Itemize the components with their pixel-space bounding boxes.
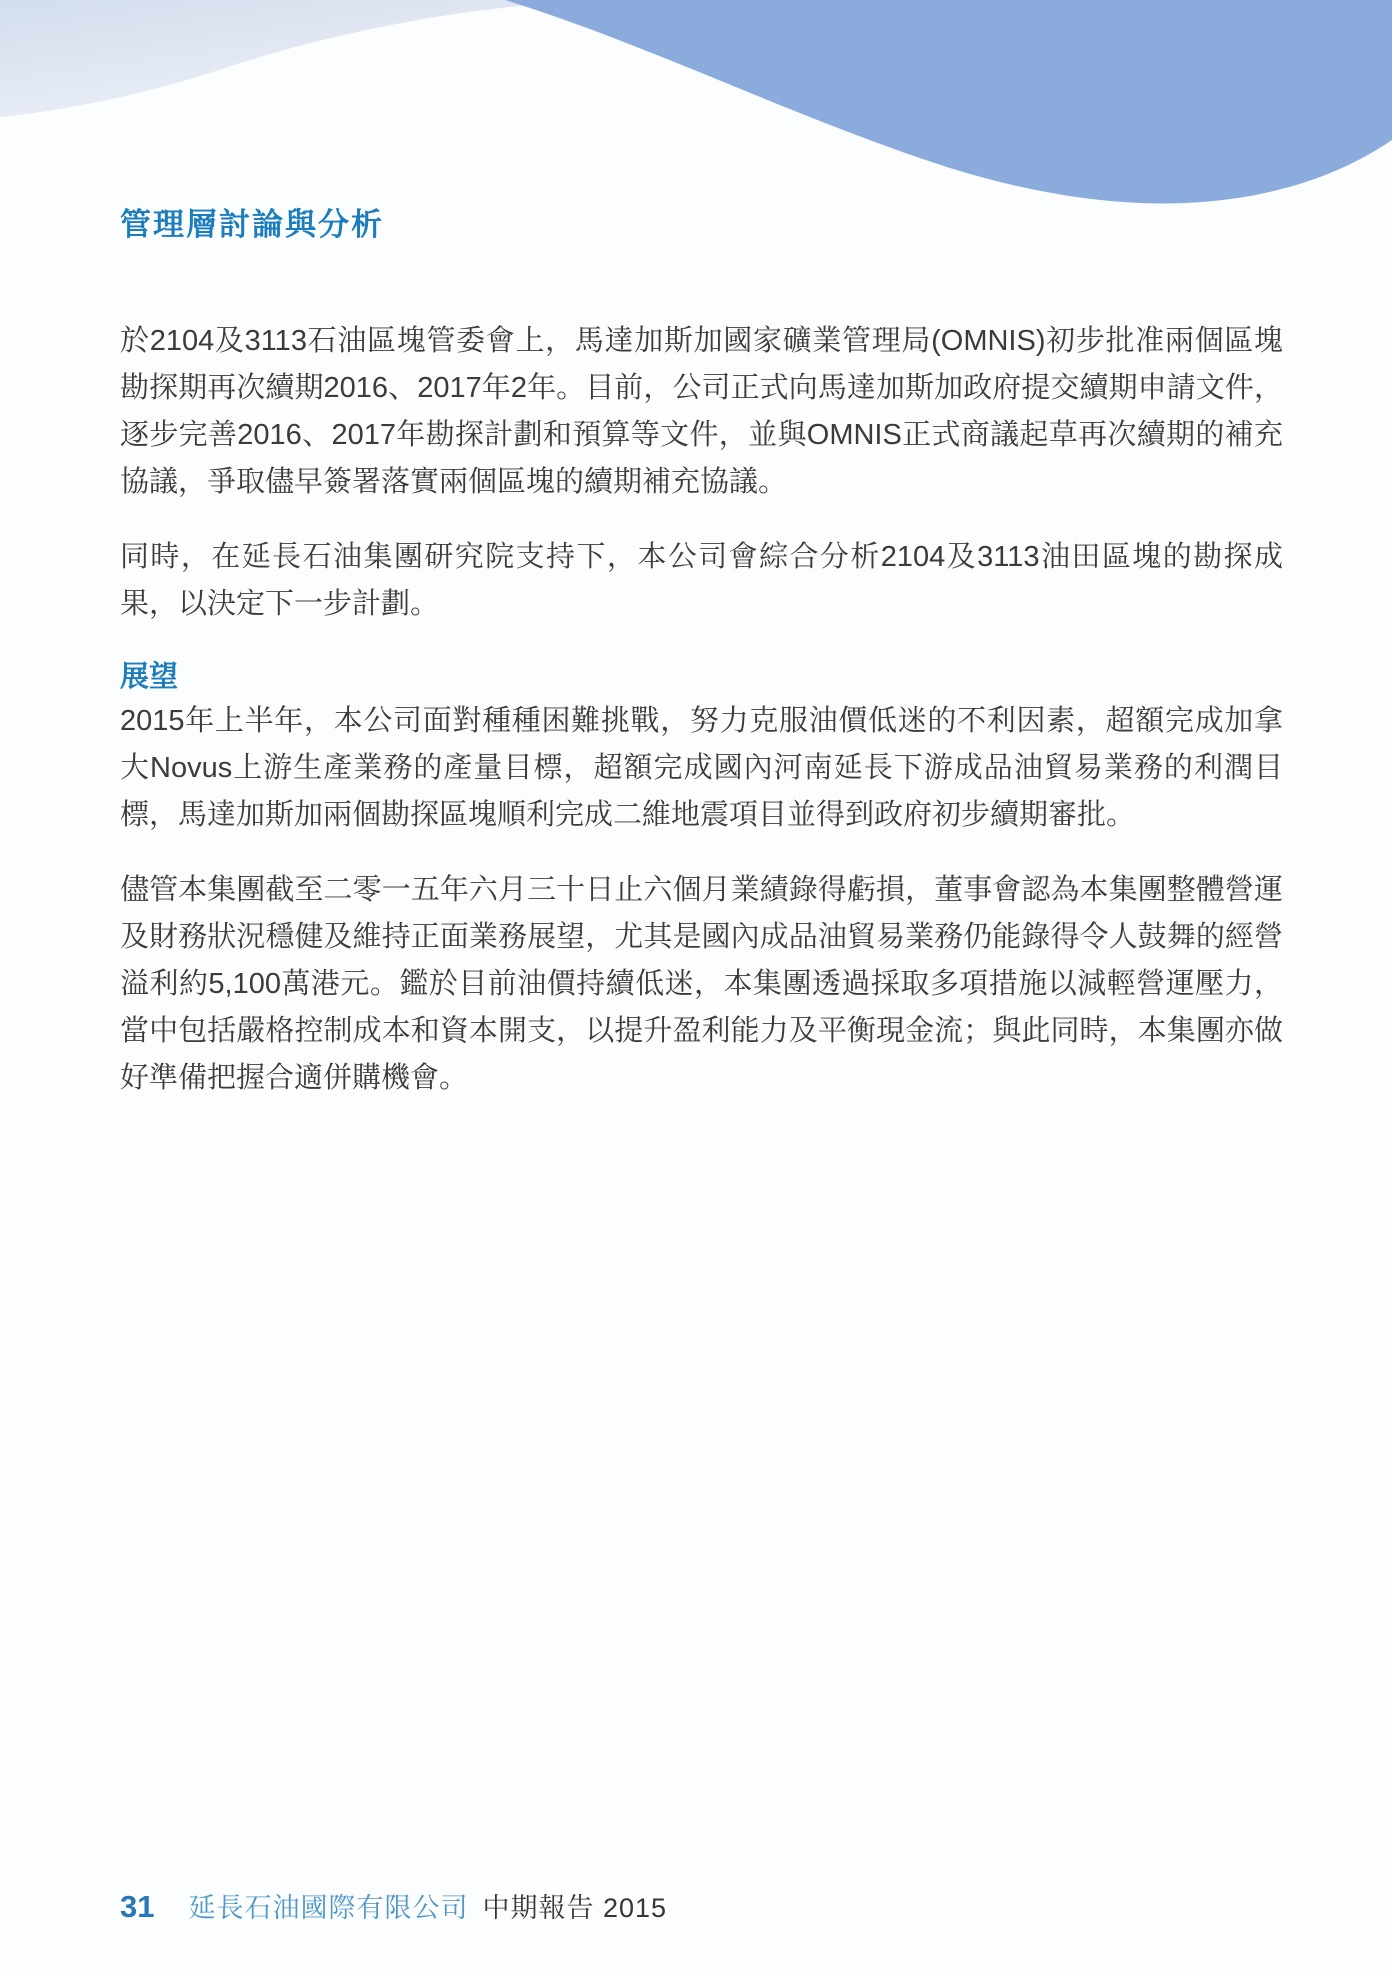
page-footer: 31 延長石油國際有限公司 中期報告 2015 [120,1886,667,1925]
body-content: 於2104及3113石油區塊管委會上，馬達加斯加國家礦業管理局(OMNIS)初步… [120,318,1283,1130]
page-title: 管理層討論與分析 [120,199,384,244]
footer-company-name: 延長石油國際有限公司 [188,1886,468,1925]
footer-report-name: 中期報告 2015 [482,1886,667,1925]
page-number: 31 [120,1889,154,1925]
outlook-heading: 展望 [120,656,1283,698]
pale-wave-shape [0,0,600,117]
paragraph-omnis-extension: 於2104及3113石油區塊管委會上，馬達加斯加國家礦業管理局(OMNIS)初步… [120,318,1283,506]
report-page: 管理層討論與分析 於2104及3113石油區塊管委會上，馬達加斯加國家礦業管理局… [0,0,1392,1976]
blue-wave-shape [505,0,1392,203]
paragraph-outlook-measures: 儘管本集團截至二零一五年六月三十日止六個月業績錄得虧損，董事會認為本集團整體營運… [120,867,1283,1102]
paragraph-outlook-2015: 2015年上半年，本公司面對種種困難挑戰，努力克服油價低迷的不利因素，超額完成加… [120,698,1283,839]
paragraph-research-institute: 同時，在延長石油集團研究院支持下，本公司會綜合分析2104及3113油田區塊的勘… [120,534,1283,628]
